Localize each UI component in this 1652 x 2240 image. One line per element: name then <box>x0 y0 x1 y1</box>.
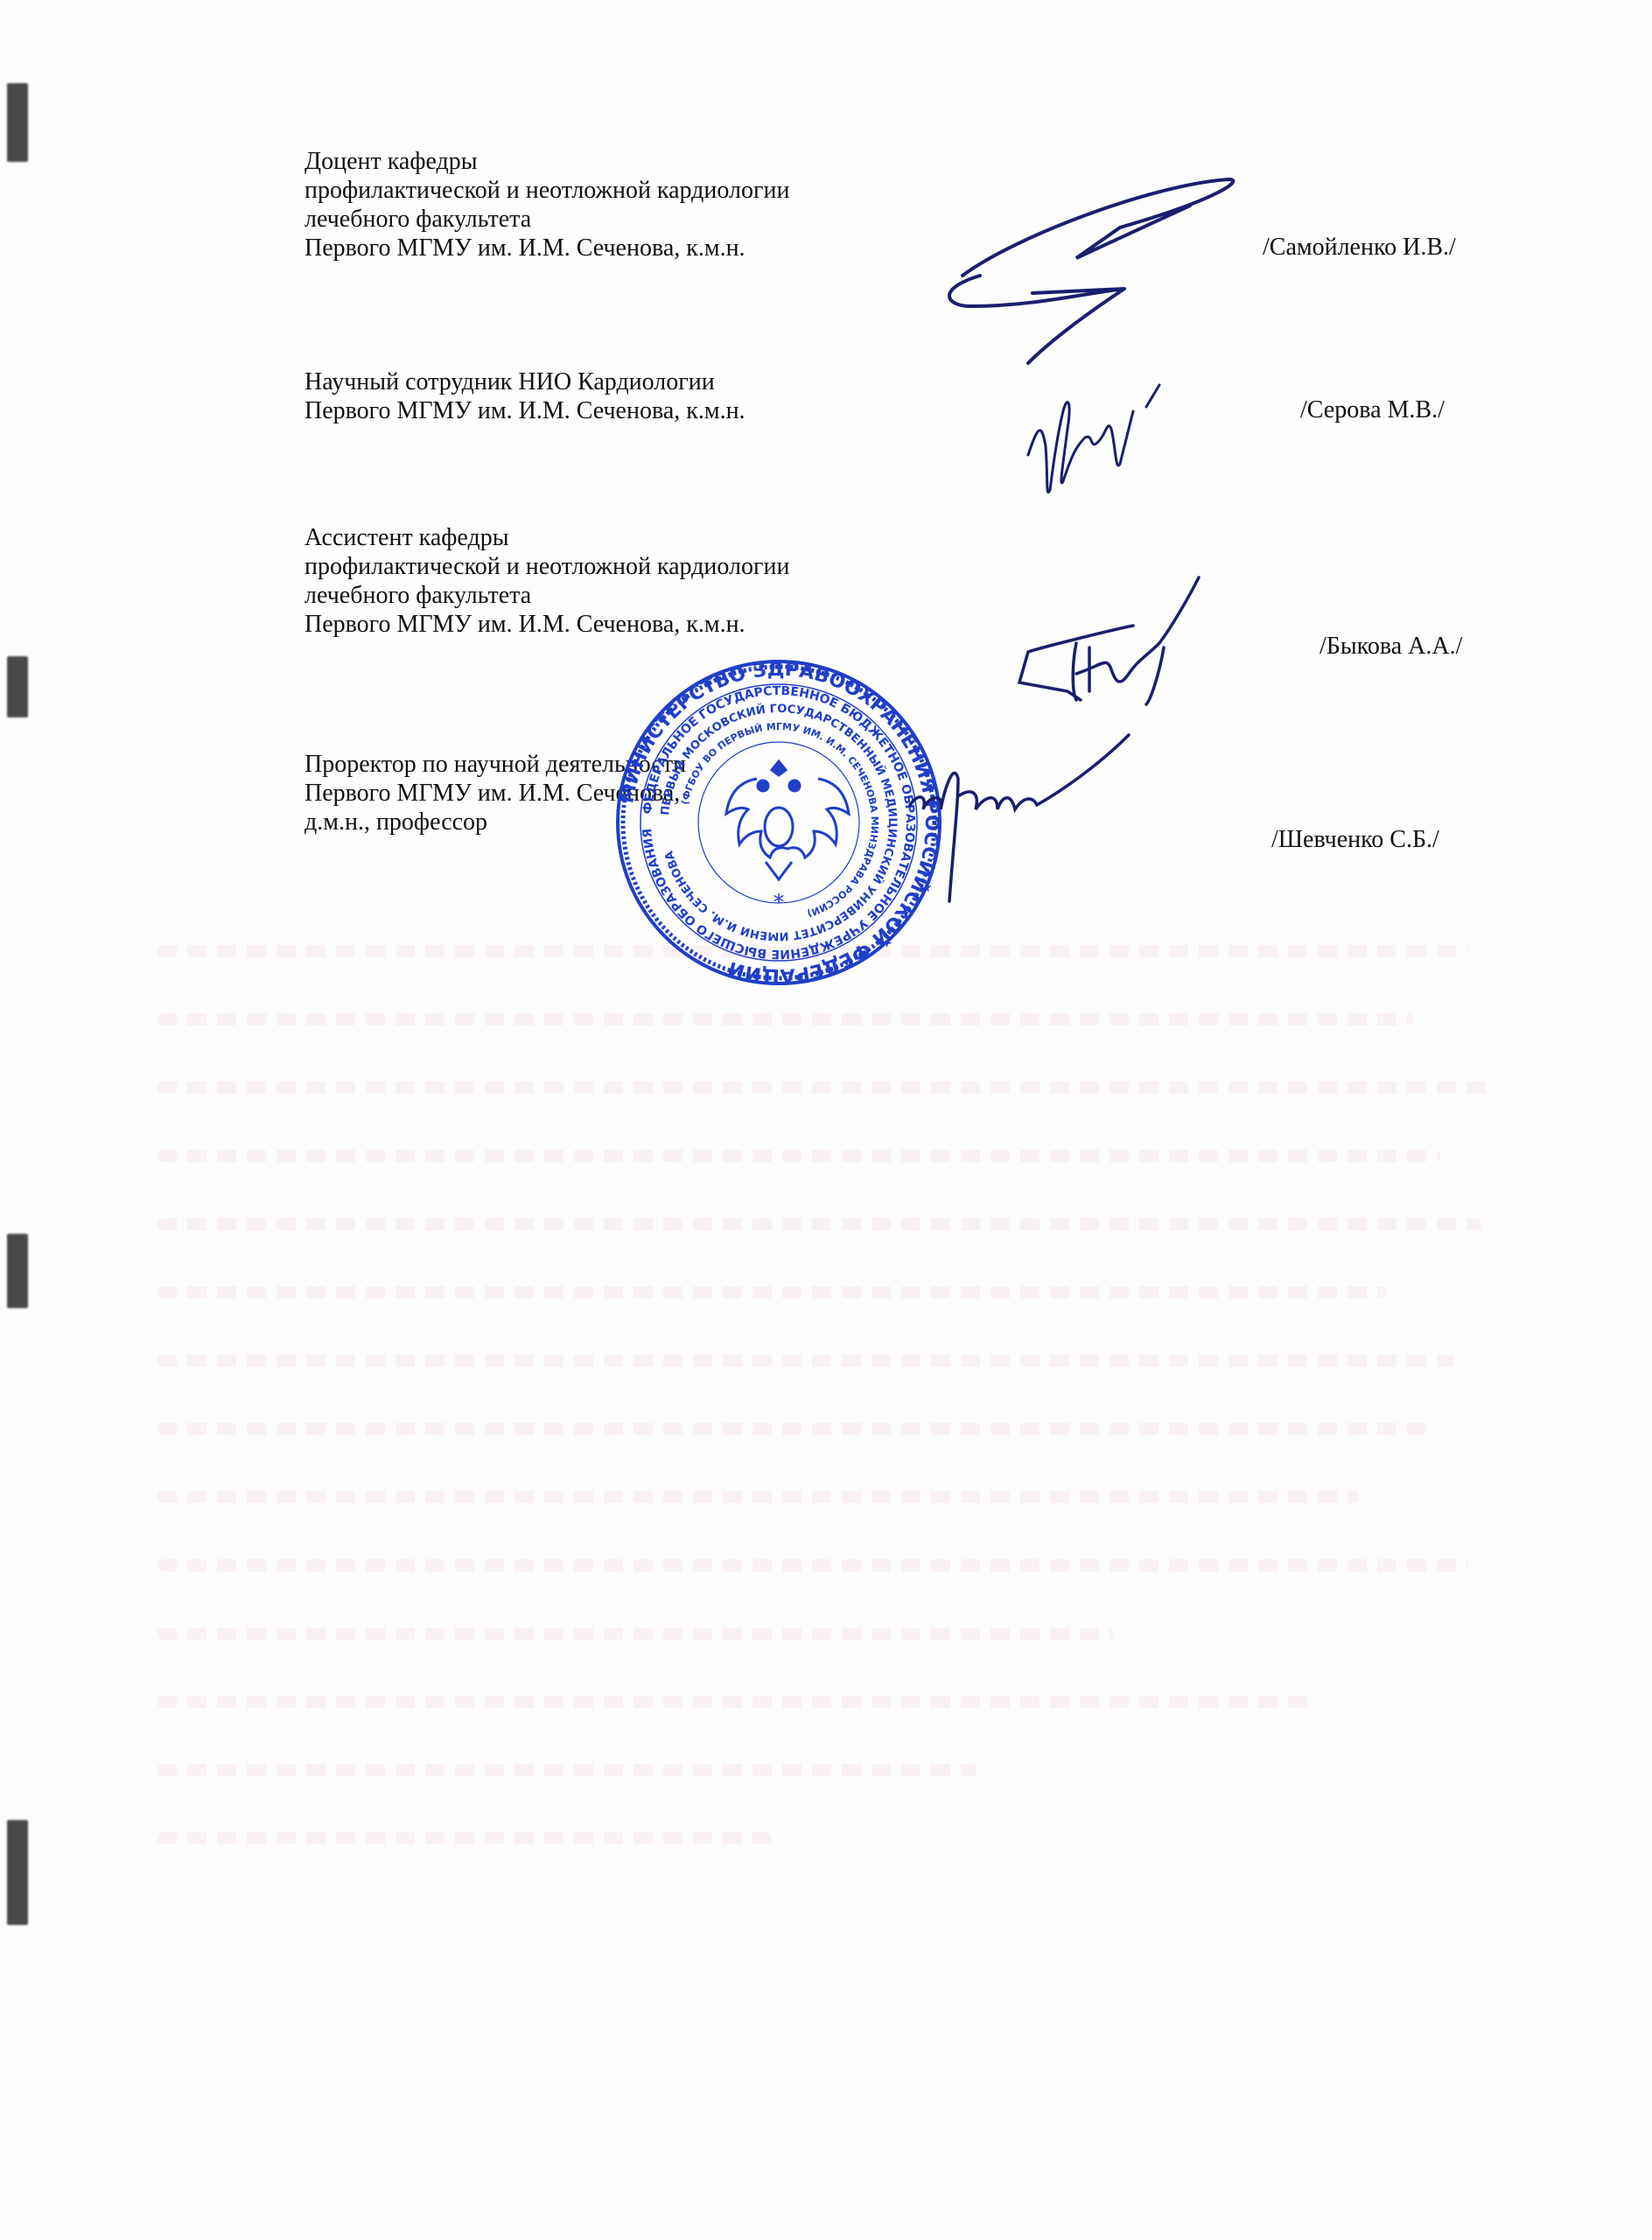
signature-bykova <box>1006 560 1225 722</box>
signatory-3-position: Ассистент кафедры профилактической и нео… <box>304 523 789 639</box>
position-line: профилактической и неотложной кардиологи… <box>304 552 789 581</box>
signatory-2-name: /Серова М.В./ <box>1300 395 1445 424</box>
position-line: лечебного факультета <box>304 205 789 234</box>
position-line: Доцент кафедры <box>304 147 789 176</box>
scan-edge-mark <box>7 656 28 717</box>
position-line: Первого МГМУ им. И.М. Сеченова, к.м.н. <box>304 234 789 262</box>
signature-shevchenko <box>875 709 1155 923</box>
scan-edge-mark <box>7 1234 28 1308</box>
signature-samoylenko <box>927 175 1207 354</box>
signatory-1-position: Доцент кафедры профилактической и неотло… <box>304 147 789 262</box>
signatory-4-name: /Шевченко С.Б./ <box>1271 825 1439 854</box>
document-page: Доцент кафедры профилактической и неотло… <box>0 0 1652 2240</box>
scan-edge-mark <box>7 1820 28 1925</box>
scan-edge-mark <box>7 83 28 162</box>
position-line: лечебного факультета <box>304 581 789 610</box>
signatory-1-name: /Самойленко И.В./ <box>1263 233 1456 262</box>
signatory-2-position: Научный сотрудник НИО Кардиологии Первог… <box>304 367 745 425</box>
bleed-through-text <box>157 945 1522 2170</box>
signature-serova <box>1024 350 1181 529</box>
position-line: профилактической и неотложной кардиологи… <box>304 176 789 205</box>
position-line: Первого МГМУ им. И.М. Сеченова, к.м.н. <box>304 396 745 425</box>
double-headed-eagle-icon <box>726 761 849 879</box>
position-line: Научный сотрудник НИО Кардиологии <box>304 367 745 396</box>
stamp-star: * <box>773 890 785 916</box>
position-line: Ассистент кафедры <box>304 523 789 552</box>
signatory-3-name: /Быкова А.А./ <box>1319 632 1462 661</box>
position-line: Первого МГМУ им. И.М. Сеченова, к.м.н. <box>304 610 789 639</box>
